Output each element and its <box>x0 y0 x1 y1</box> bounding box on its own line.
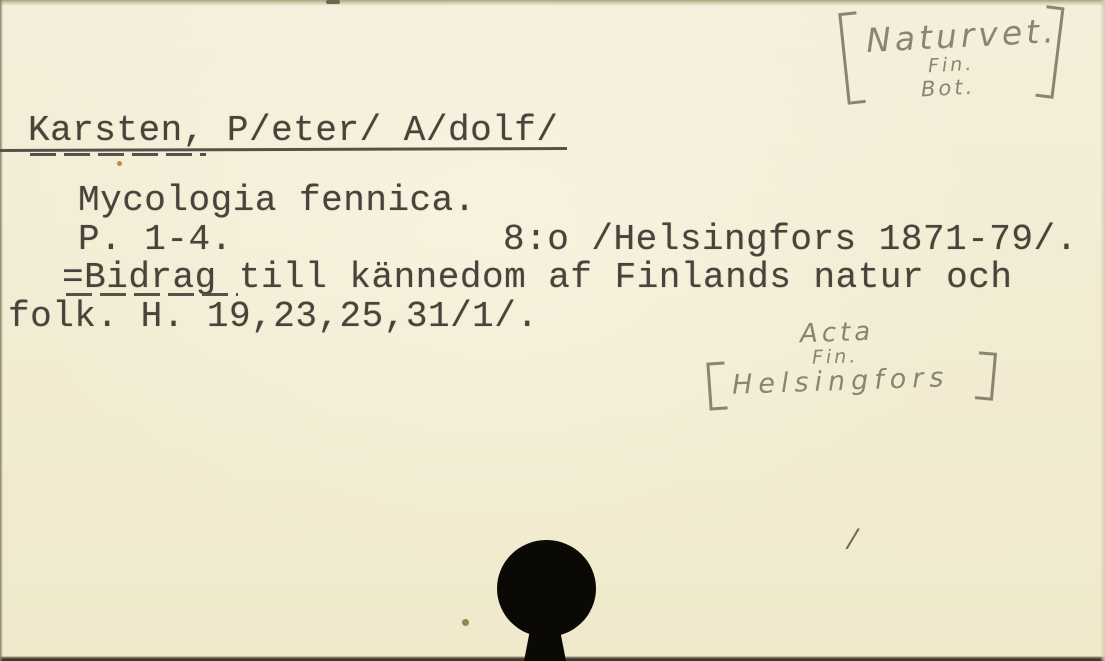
author-heading: Karsten, P/eter/ A/dolf/ <box>28 110 558 151</box>
series-underlined-word: Bidrag <box>84 257 217 298</box>
card-top-edge <box>0 0 1105 6</box>
series-continuation-line: folk. H. 19,23,25,31/1/. <box>8 296 538 337</box>
card-left-edge <box>0 0 3 661</box>
edge-smudge <box>326 0 340 4</box>
paper-speck <box>462 619 469 626</box>
pencil-tick-mark: / <box>847 524 858 555</box>
classification-line2: Fin. <box>927 53 974 77</box>
pages-line: P. 1-4. <box>78 219 233 260</box>
classification-line3: Bot. <box>920 75 975 102</box>
catalog-card: Naturvet. Fin. Bot. Karsten, P/eter/ A/d… <box>0 0 1105 661</box>
imprint-line: 8:o /Helsingfors 1871-79/. <box>503 219 1078 260</box>
source-line1: Acta <box>799 317 874 350</box>
author-typed-underscore <box>30 153 206 156</box>
source-bracket-right-icon <box>974 351 997 400</box>
series-rest: till kännedom af Finlands natur och <box>217 257 1013 298</box>
series-line: =Bidrag till kännedom af Finlands natur … <box>62 257 1012 298</box>
source-bracket-left-icon <box>706 361 728 410</box>
source-line3: Helsingfors <box>732 362 950 401</box>
ink-speck <box>117 161 122 166</box>
bracket-left-icon <box>838 11 867 104</box>
series-prefix: = <box>62 257 84 298</box>
card-right-edge <box>1100 0 1105 661</box>
title-line: Mycologia fennica. <box>78 180 476 221</box>
